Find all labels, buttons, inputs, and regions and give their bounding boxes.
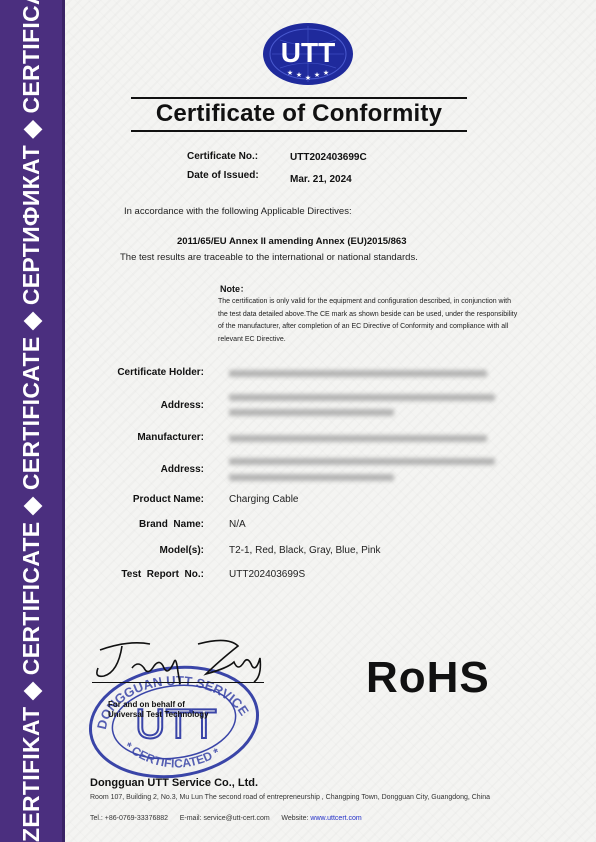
manufacturer-label: Manufacturer: bbox=[137, 432, 204, 443]
certificate-number: UTT202403699C bbox=[290, 152, 367, 163]
brand-name-label: Brand Name: bbox=[139, 519, 204, 530]
on-behalf-text: For and on behalf of Universal Test Tech… bbox=[108, 700, 209, 719]
product-name: Charging Cable bbox=[229, 494, 299, 505]
holder-address-label: Address: bbox=[161, 400, 204, 411]
signature-line bbox=[92, 682, 264, 683]
certificate-number-label: Certificate No.: bbox=[187, 151, 258, 162]
footer-company-name: Dongguan UTT Service Co., Ltd. bbox=[90, 777, 258, 789]
directives-intro: In accordance with the following Applica… bbox=[124, 206, 352, 217]
utt-logo-icon: UTT ★★★★★ bbox=[262, 22, 354, 86]
signature-icon bbox=[88, 632, 268, 687]
on-behalf-line1: For and on behalf of bbox=[108, 700, 209, 710]
title-bottom-rule bbox=[131, 130, 467, 132]
footer-website-link[interactable]: www.uttcert.com bbox=[310, 815, 361, 822]
manufacturer-address-redacted-line1 bbox=[229, 458, 495, 465]
holder-address-redacted-line2 bbox=[229, 409, 394, 416]
traceability-statement: The test results are traceable to the in… bbox=[120, 252, 418, 263]
certificate-holder-label: Certificate Holder: bbox=[117, 367, 204, 378]
models: T2-1, Red, Black, Gray, Blue, Pink bbox=[229, 545, 381, 556]
page-title: Certificate of Conformity bbox=[131, 100, 467, 128]
note-label: Note： bbox=[220, 282, 249, 295]
footer-email[interactable]: E-mail: service@utt-cert.com bbox=[180, 815, 270, 822]
on-behalf-line2: Universal Test Technology bbox=[108, 710, 209, 720]
footer-contact: Tel.: +86-0769-33376882 E-mail: service@… bbox=[90, 815, 362, 822]
directive: 2011/65/EU Annex II amending Annex (EU)2… bbox=[177, 236, 407, 247]
manufacturer-address-redacted-line2 bbox=[229, 474, 394, 481]
svg-text:★: ★ bbox=[314, 71, 320, 79]
side-band-text: ZERTIFIKAT ◆ CERTIFICATE ◆ CERTIFICATE ◆… bbox=[11, 0, 51, 842]
title-top-rule bbox=[131, 97, 467, 99]
svg-text:★: ★ bbox=[287, 69, 293, 77]
side-band: ZERTIFIKAT ◆ CERTIFICATE ◆ CERTIFICATE ◆… bbox=[0, 0, 65, 842]
test-report-label: Test Report No.: bbox=[121, 569, 204, 580]
svg-text:★: ★ bbox=[323, 69, 329, 77]
manufacturer-address-label: Address: bbox=[161, 464, 204, 475]
date-issued-label: Date of Issued: bbox=[187, 170, 259, 181]
footer-tel: Tel.: +86-0769-33376882 bbox=[90, 815, 168, 822]
date-issued: Mar. 21, 2024 bbox=[290, 174, 352, 185]
svg-text:UTT: UTT bbox=[281, 37, 335, 68]
rohs-mark: RoHS bbox=[366, 653, 490, 703]
footer-website-label: Website: bbox=[281, 815, 308, 822]
brand-name: N/A bbox=[229, 519, 246, 530]
manufacturer-redacted bbox=[229, 435, 487, 442]
product-name-label: Product Name: bbox=[133, 494, 204, 505]
svg-text:★: ★ bbox=[305, 74, 311, 82]
svg-text:★: ★ bbox=[296, 71, 302, 79]
certificate-holder-redacted bbox=[229, 370, 487, 377]
holder-address-redacted-line1 bbox=[229, 394, 495, 401]
note-text: The certification is only valid for the … bbox=[218, 296, 518, 346]
models-label: Model(s): bbox=[160, 545, 204, 556]
test-report-number: UTT202403699S bbox=[229, 569, 305, 580]
footer-address: Room 107, Building 2, No.3, Mu Lun The s… bbox=[90, 792, 520, 804]
